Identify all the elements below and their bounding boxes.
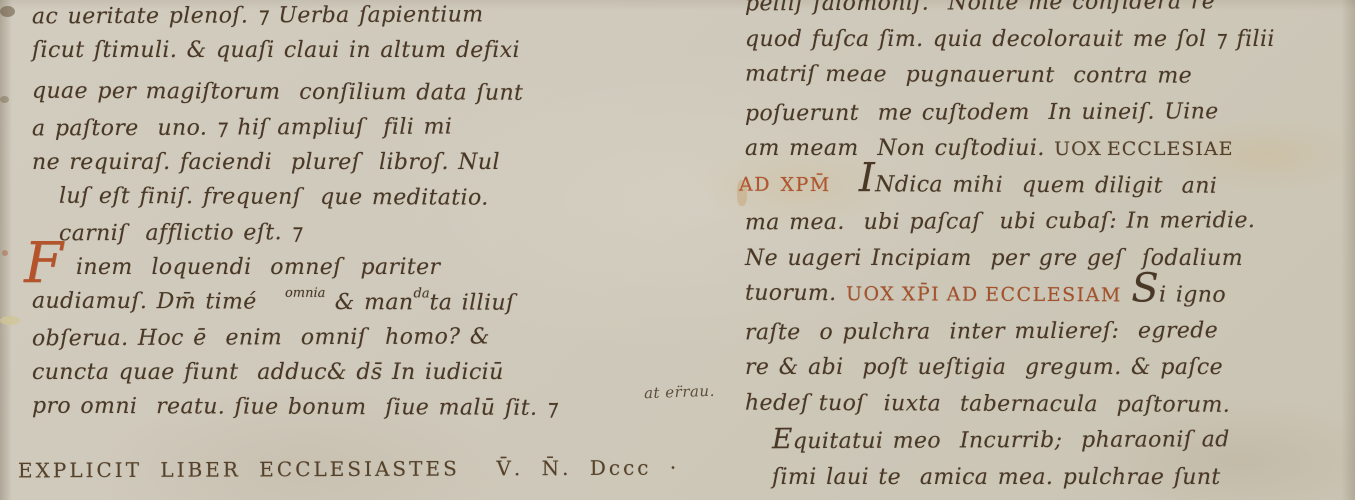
text-run: ma mea. ubi paſcaſ ubi cubaſ: In meridie…: [745, 208, 1255, 235]
text-run: tuorum.: [745, 281, 846, 306]
manuscript-line: inem loquendi omneſ pariter: [32, 250, 657, 285]
manuscript-page: ac ueritate plenoſ. ⁊ Uerba ſapientiumſi…: [0, 0, 1355, 500]
text-run: matriſ meae pugnauerunt contra me: [745, 62, 1192, 89]
text-run: am meam Non cuſtodiui.: [745, 136, 1054, 161]
text-run: a paſtore uno. ⁊ hiſ ampliuſ fili mi: [32, 115, 452, 142]
text-run: Ndica mihi quem diligit ani: [875, 172, 1217, 198]
manuscript-line: matriſ meae pugnauerunt contra me: [745, 57, 1355, 96]
manuscript-line: Ne uageri Incipiam per gre geſ ſodalium: [745, 241, 1355, 278]
text-run: hedeſ tuoſ iuxta tabernacula paſtorum.: [745, 390, 1230, 417]
manuscript-line: ma mea. ubi paſcaſ ubi cubaſ: In meridie…: [745, 203, 1355, 242]
text-run: i igno: [1159, 282, 1226, 307]
manuscript-line: luſ eſt finiſ. frequenſ que meditatio.: [32, 179, 657, 217]
initial-s: S: [1131, 265, 1159, 311]
manuscript-line: AD XPM̄ INdica mihi quem diligit ani: [739, 166, 1355, 205]
margin-gloss: at er̈rau.: [644, 382, 715, 402]
text-run: inem loquendi omneſ pariter: [76, 255, 440, 280]
interlinear-gloss-da: da: [413, 286, 429, 301]
manuscript-line: ſimi laui te amica mea. pulchrae ſunt: [745, 460, 1355, 497]
initial-i: I: [859, 155, 875, 201]
text-run: cuncta quae fiunt adduc& ds̄ In iudiciū: [32, 360, 504, 385]
text-run: ne requiraſ. faciendi plureſ libroſ. Nul: [32, 150, 500, 175]
text-run: ta illiuſ: [430, 290, 515, 315]
parchment-stain: [0, 96, 9, 103]
text-run: carniſ afflictio eſt. ⁊: [59, 220, 303, 246]
column-left: ac ueritate plenoſ. ⁊ Uerba ſapientiumſi…: [32, 0, 657, 487]
rubric-ad-xpm: AD XPM̄: [739, 173, 831, 195]
manuscript-line: poſuerunt me cuſtodem In uineiſ. Uine: [745, 93, 1355, 132]
manuscript-line: tuorum. UOX XP̄I AD ECCLESIAM Si igno: [745, 276, 1355, 315]
parchment-stain: [0, 316, 20, 325]
manuscript-line: carniſ afflictio eſt. ⁊: [32, 214, 657, 252]
text-run: pro omni reatu. ſiue bonum ſiue malū ſit…: [32, 394, 558, 421]
text-run: quod fuſca ſim. quia decolorauit me ſol …: [745, 27, 1275, 52]
manuscript-line: ac ueritate plenoſ. ⁊ Uerba ſapientium: [32, 0, 657, 34]
column-right: pelliſ ſalomoniſ. Nolite me conſidera re…: [745, 0, 1355, 496]
manuscript-line: quae per magiſtorum conſilium data ſunt: [32, 74, 657, 112]
interlinear-gloss-omnia: omnia: [285, 286, 326, 301]
manuscript-line: a paſtore uno. ⁊ hiſ ampliuſ fili mi: [32, 109, 657, 147]
text-run: raſte o pulchra inter muliereſ: egrede: [745, 318, 1218, 345]
text-run: re & abi poſt ueſtigia gregum. & paſce: [745, 355, 1223, 380]
text-run: pelliſ ſalomoniſ. Nolite me conſidera re: [745, 0, 1215, 16]
manuscript-line: raſte o pulchra inter muliereſ: egrede: [745, 312, 1355, 351]
manuscript-line: am meam Non cuſtodiui. UOX ECCLESIAE: [745, 131, 1355, 168]
text-run: obſerua. Hoc ē enim omniſ homo? &: [32, 324, 490, 351]
manuscript-line: quod fuſca ſim. quia decolorauit me ſol …: [745, 22, 1355, 59]
initial-f: F: [24, 236, 63, 292]
text-run: ſicut ſtimuli. & quaſi claui in altum de…: [32, 38, 520, 63]
text-run: ac ueritate plenoſ. ⁊ Uerba ſapientium: [32, 2, 484, 29]
text-run: poſuerunt me cuſtodem In uineiſ. Uine: [745, 99, 1219, 126]
manuscript-line: pelliſ ſalomoniſ. Nolite me conſidera re: [745, 0, 1355, 23]
manuscript-line: audiamuſ. Dm̄ timé omnia & mandata illiu…: [32, 284, 657, 322]
manuscript-line: cuncta quae fiunt adduc& ds̄ In iudiciū: [32, 355, 657, 390]
text-run: luſ eſt finiſ. frequenſ que meditatio.: [59, 184, 489, 211]
manuscript-line: hedeſ tuoſ iuxta tabernacula paſtorum.: [745, 385, 1355, 424]
manuscript-line: re & abi poſt ueſtigia gregum. & paſce: [745, 350, 1355, 387]
parchment-stain: [2, 250, 8, 256]
text-run: & man: [325, 290, 413, 315]
explicit-line: EXPLICIT LIBER ECCLESIASTES V̄. N̄. Dccc…: [18, 451, 657, 489]
manuscript-line: ſicut ſtimuli. & quaſi claui in altum de…: [32, 33, 657, 68]
text-run: audiamuſ. Dm̄ timé: [32, 289, 257, 315]
manuscript-line: ne requiraſ. faciendi plureſ libroſ. Nul: [32, 145, 657, 180]
text-run: ſimi laui te amica mea. pulchrae ſunt: [772, 465, 1221, 490]
rubric-vox-ecclesiae: UOX ECCLESIAE: [1054, 138, 1233, 160]
text-run: quae per magiſtorum conſilium data ſunt: [32, 79, 523, 106]
text-run: [1122, 282, 1132, 307]
parchment-stain: [0, 6, 15, 17]
text-run: quitatui meo Incurrib; pharaoniſ ad: [793, 427, 1230, 454]
initial-e: E: [772, 422, 793, 455]
text-run: [831, 172, 859, 197]
manuscript-line: obſerua. Hoc ē enim omniſ homo? &: [32, 319, 657, 357]
manuscript-line: pro omni reatu. ſiue bonum ſiue malū ſit…: [32, 389, 657, 427]
text-run: [257, 290, 285, 315]
explicit-text: EXPLICIT LIBER ECCLESIASTES V̄. N̄. Dccc…: [18, 456, 679, 483]
manuscript-line: Equitatui meo Incurrib; pharaoniſ ad: [745, 422, 1355, 461]
rubric-vox-xpi-ad-ecclesiam: UOX XP̄I AD ECCLESIAM: [846, 283, 1122, 306]
text-run: Ne uageri Incipiam per gre geſ ſodalium: [745, 246, 1243, 271]
